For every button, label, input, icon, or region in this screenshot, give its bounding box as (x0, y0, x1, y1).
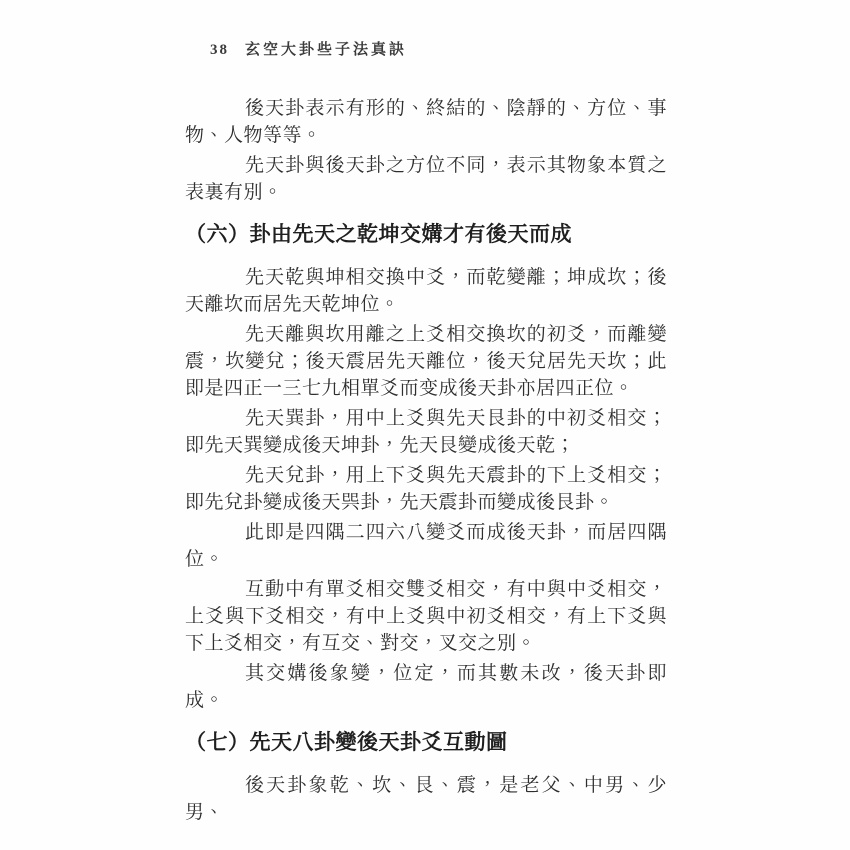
text-block: 38玄空大卦些子法真訣 後天卦表示有形的、終結的、陰靜的、方位、事物、人物等等。… (185, 38, 667, 829)
page-number: 38 (210, 42, 229, 58)
page-content: 後天卦表示有形的、終結的、陰靜的、方位、事物、人物等等。先天卦與後天卦之方位不同… (185, 95, 667, 826)
paragraph: 此即是四隅二四六八變爻而成後天卦，而居四隅位。 (185, 519, 667, 573)
paragraph: 先天卦與後天卦之方位不同，表示其物象本質之表裏有別。 (185, 152, 667, 206)
section-heading: （七）先天八卦變後天卦爻互動圖 (185, 727, 667, 757)
section-heading: （六）卦由先天之乾坤交媾才有後天而成 (185, 219, 667, 249)
paragraph: 其交媾後象變，位定，而其數未改，後天卦即成。 (185, 660, 667, 714)
book-title: 玄空大卦些子法真訣 (245, 42, 407, 58)
paragraph: 後天卦表示有形的、終結的、陰靜的、方位、事物、人物等等。 (185, 95, 667, 149)
paragraph: 互動中有單爻相交雙爻相交，有中與中爻相交，上爻與下爻相交，有中上爻與中初爻相交，… (185, 576, 667, 657)
running-header: 38玄空大卦些子法真訣 (185, 38, 667, 59)
paragraph: 先天離與坎用離之上爻相交換坎的初爻，而離變震，坎變兌；後天震居先天離位，後天兌居… (185, 321, 667, 402)
book-page: 38玄空大卦些子法真訣 後天卦表示有形的、終結的、陰靜的、方位、事物、人物等等。… (0, 0, 850, 850)
paragraph: 後天卦象乾、坎、艮、震，是老父、中男、少男、 (185, 772, 667, 826)
paragraph: 先天巽卦，用中上爻與先天艮卦的中初爻相交；即先天巽變成後天坤卦，先天艮變成後天乾… (185, 405, 667, 459)
paragraph: 先天兌卦，用上下爻與先天震卦的下上爻相交；即先兌卦變成後天巺卦，先天震卦而變成後… (185, 462, 667, 516)
paragraph: 先天乾與坤相交換中爻，而乾變離；坤成坎；後天離坎而居先天乾坤位。 (185, 264, 667, 318)
